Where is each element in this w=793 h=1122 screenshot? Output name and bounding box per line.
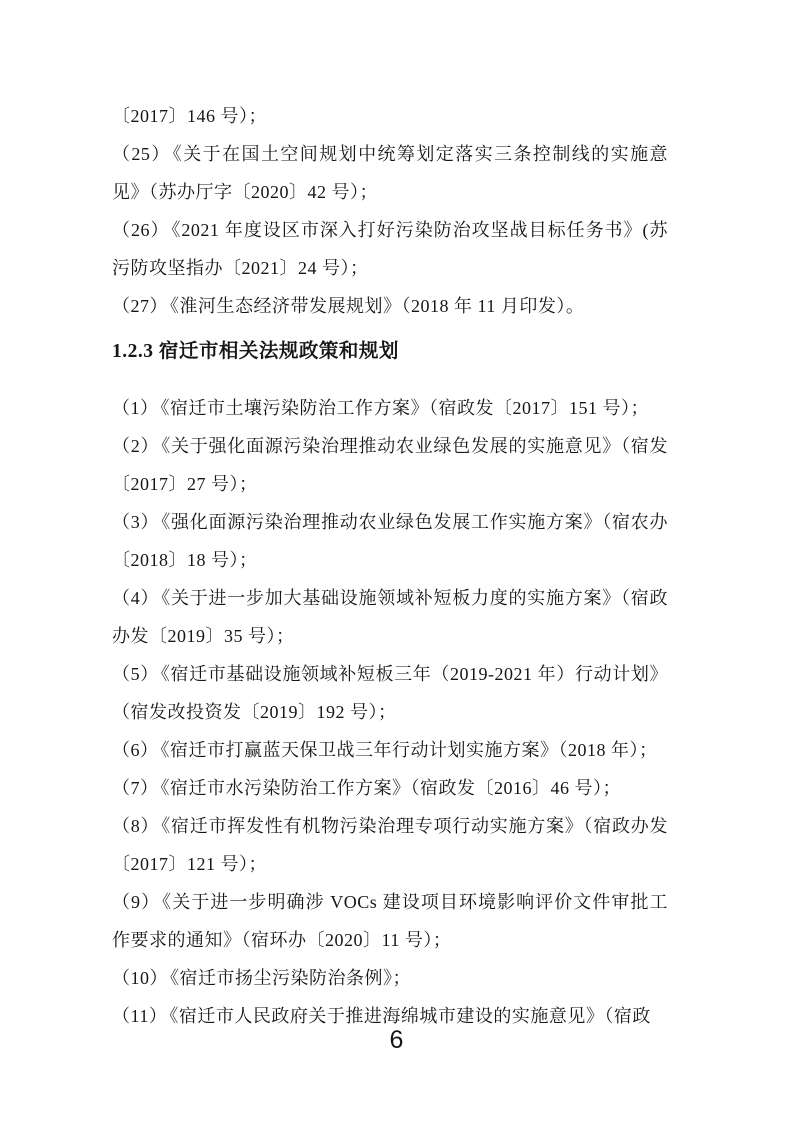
page-number: 6 (0, 1026, 793, 1054)
list-item-27: （27）《淮河生态经济带发展规划》（2018 年 11 月印发）。 (112, 287, 668, 325)
item-number: （11） (112, 1006, 169, 1026)
list-item-7: （7）《宿迁市水污染防治工作方案》（宿政发〔2016〕46 号）； (112, 769, 668, 807)
item-text: 《关于强化面源污染治理推动农业绿色发展的实施意见》（宿发〔2017〕27 号）； (112, 436, 668, 494)
carryover-line: 〔2017〕146 号）； (112, 97, 668, 135)
list-item-5: （5）《宿迁市基础设施领域补短板三年（2019-2021 年）行动计划》（宿发改… (112, 655, 668, 731)
item-number: （6） (112, 740, 161, 760)
item-text: 《宿迁市挥发性有机物污染治理专项行动实施方案》（宿政办发〔2017〕121 号）… (112, 816, 668, 874)
item-text: 《关于进一步加大基础设施领域补短板力度的实施方案》（宿政办发〔2019〕35 号… (112, 588, 668, 646)
list-item-10: （10）《宿迁市扬尘污染防治条例》； (112, 959, 668, 997)
list-item-4: （4）《关于进一步加大基础设施领域补短板力度的实施方案》（宿政办发〔2019〕3… (112, 579, 668, 655)
item-number: （10） (112, 968, 170, 988)
list-item-26: （26）《2021 年度设区市深入打好污染防治攻坚战目标任务书》(苏污防攻坚指办… (112, 211, 668, 287)
list-item-6: （6）《宿迁市打赢蓝天保卫战三年行动计划实施方案》（2018 年）； (112, 731, 668, 769)
item-text: 《强化面源污染治理推动农业绿色发展工作实施方案》（宿农办〔2018〕18 号）； (112, 512, 668, 570)
item-number: （8） (112, 816, 161, 836)
item-text: 《宿迁市土壤污染防治工作方案》（宿政发〔2017〕151 号）； (161, 398, 650, 418)
document-page: 〔2017〕146 号）； （25）《关于在国土空间规划中统筹划定落实三条控制线… (0, 0, 793, 1122)
item-text: 《宿迁市扬尘污染防治条例》； (170, 968, 411, 988)
item-number: （4） (112, 588, 161, 608)
item-number: （9） (112, 892, 162, 912)
item-text: 《宿迁市打赢蓝天保卫战三年行动计划实施方案》（2018 年）； (161, 740, 658, 760)
list-item-2: （2）《关于强化面源污染治理推动农业绿色发展的实施意见》（宿发〔2017〕27 … (112, 427, 668, 503)
list-item-3: （3）《强化面源污染治理推动农业绿色发展工作实施方案》（宿农办〔2018〕18 … (112, 503, 668, 579)
item-number: （2） (112, 436, 161, 456)
item-number: （5） (112, 664, 161, 684)
document-body: 〔2017〕146 号）； （25）《关于在国土空间规划中统筹划定落实三条控制线… (112, 97, 668, 1035)
list-item-1: （1）《宿迁市土壤污染防治工作方案》（宿政发〔2017〕151 号）； (112, 389, 668, 427)
item-text: 《2021 年度设区市深入打好污染防治攻坚战目标任务书》(苏污防攻坚指办〔202… (112, 220, 668, 278)
item-number: （26） (112, 220, 171, 240)
item-number: （7） (112, 778, 161, 798)
item-number: （3） (112, 512, 161, 532)
item-number: （27） (112, 296, 170, 316)
item-text: 《宿迁市基础设施领域补短板三年（2019-2021 年）行动计划》（宿发改投资发… (112, 664, 668, 722)
section-heading: 1.2.3 宿迁市相关法规政策和规划 (112, 333, 668, 371)
item-number: （25） (112, 144, 173, 164)
item-text: 《关于进一步明确涉 VOCs 建设项目环境影响评价文件审批工作要求的通知》（宿环… (112, 892, 668, 950)
item-text: 《淮河生态经济带发展规划》（2018 年 11 月印发）。 (170, 296, 584, 316)
item-text: 《关于在国土空间规划中统筹划定落实三条控制线的实施意见》（苏办厅字〔2020〕4… (112, 144, 668, 202)
item-number: （1） (112, 398, 161, 418)
list-item-8: （8）《宿迁市挥发性有机物污染治理专项行动实施方案》（宿政办发〔2017〕121… (112, 807, 668, 883)
item-text: 《宿迁市水污染防治工作方案》（宿政发〔2016〕46 号）； (161, 778, 622, 798)
list-item-25: （25）《关于在国土空间规划中统筹划定落实三条控制线的实施意见》（苏办厅字〔20… (112, 135, 668, 211)
item-text: 《宿迁市人民政府关于推进海绵城市建设的实施意见》（宿政 (169, 1006, 651, 1026)
list-item-9: （9）《关于进一步明确涉 VOCs 建设项目环境影响评价文件审批工作要求的通知》… (112, 883, 668, 959)
